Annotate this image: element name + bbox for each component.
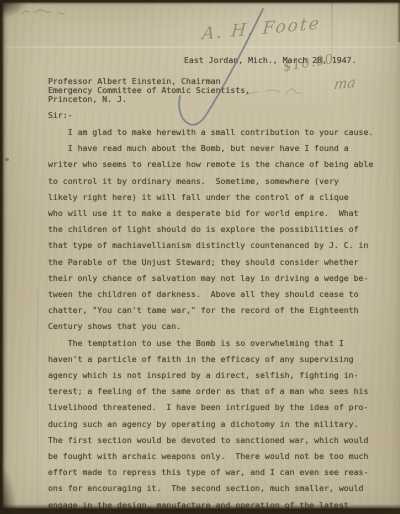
typed-line: writer who seems to realize how remote i… — [48, 156, 392, 172]
typed-line: the children of light should do is explo… — [48, 221, 392, 237]
typed-line: ducing such an agency by operating a dic… — [48, 416, 392, 432]
typed-line: haven't a particle of faith in the effic… — [48, 351, 392, 367]
typed-line: The temptation to use the Bomb is so ove… — [48, 335, 392, 351]
typed-line: tween the children of darkness. Above al… — [48, 286, 392, 302]
typed-line: ons for encouraging it. The second secti… — [48, 480, 392, 496]
pencil-scribble-faint — [246, 89, 301, 95]
salutation: Sir:- — [48, 110, 73, 120]
typed-line: to control it by ordinary means. Sometim… — [48, 173, 392, 189]
typed-line: Century shows that you can. — [48, 318, 392, 334]
letter-body: I am glad to make herewith a small contr… — [48, 124, 392, 513]
recipient-address: Professor Albert Einstein, ChairmanEmerg… — [48, 77, 250, 105]
pencil-scribble-topleft — [22, 10, 64, 14]
typed-line: livelihood threatened. I have been intri… — [48, 399, 392, 415]
paper-crease — [6, 46, 398, 48]
typed-line: I have read much about the Bomb, but nev… — [48, 140, 392, 156]
typed-line: chatter, "You can't tame war," for the r… — [48, 302, 392, 318]
typed-line: The first section would be devoted to sa… — [48, 432, 392, 448]
typed-line: terest; a feeling of the same order as t… — [48, 383, 392, 399]
scan-corner-bottom-left — [0, 468, 16, 514]
scan-corner-top-left — [0, 0, 28, 18]
typed-line: their only chance of salvation may not l… — [48, 270, 392, 286]
pencil-name-annotation: A. H. Foote — [201, 14, 321, 45]
typed-line: who will use it to make a desperate bid … — [48, 205, 392, 221]
recipient-line: Princeton, N. J. — [48, 95, 250, 104]
scan-edge-top — [0, 0, 400, 5]
paper-crease — [37, 290, 38, 504]
scan-edge-left — [0, 0, 8, 514]
typed-line: engage in the design, manufacture and op… — [48, 497, 392, 513]
typed-line: be fought with archaic weapons only. The… — [48, 448, 392, 464]
typed-line: I am glad to make herewith a small contr… — [48, 124, 392, 140]
typed-line: agency which is not inspired by a direct… — [48, 367, 392, 383]
letter-scan: A. H. Foote $10.00 ma East Jordan, Mich.… — [0, 0, 400, 514]
typed-line: likely right here) it will fall under th… — [48, 189, 392, 205]
typed-line: effort made to repress this type of war,… — [48, 464, 392, 480]
paper-crease — [331, 3, 333, 87]
paper-stain — [5, 158, 9, 161]
typed-line: the Parable of the Unjust Steward; they … — [48, 254, 392, 270]
typed-line: that type of machiavellianism distinctly… — [48, 237, 392, 253]
dateline: East Jordan, Mich., March 28, 1947. — [184, 55, 357, 65]
pencil-note-annotation: ma — [333, 75, 357, 94]
